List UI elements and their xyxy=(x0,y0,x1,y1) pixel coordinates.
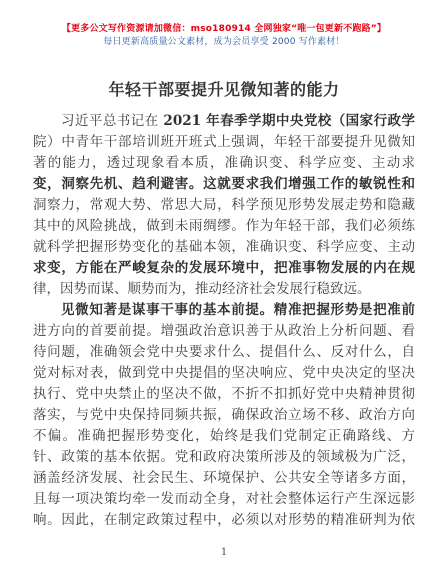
text-line: 待问题，准确领会党中央要求什么、提倡什么、反对什么，自 xyxy=(33,342,415,363)
text-line: 习近平总书记在 2021 年春季学期中央党校（国家行政学 xyxy=(33,111,415,132)
text-line: 涵盖经济发展、社会民生、环境保护、公共安全等诸多方面， xyxy=(33,468,415,489)
text-run: 执行、党中央禁止的坚决不做，不折不扣抓好党中央精神贯彻 xyxy=(33,386,415,402)
text-line: 不偏。准确把握形势变化，始终是我们党制定正确路线、方 xyxy=(33,426,415,447)
text-run: 洞察力，常观大势、常思大局，科学预见形势发展走势和隐藏 xyxy=(33,197,415,213)
promo-line-2: 每日更新高质量公文素材，成为会员享受 2000 写作素材！ xyxy=(0,36,448,49)
text-run: 落实，与党中央保持同频共振，确保政治立场不移、政治方向 xyxy=(33,407,415,423)
text-run: 进方向的首要前提。增强政治意识善于从政治上分析问题、看 xyxy=(33,323,415,339)
text-line: 院）中青年干部培训班开班式上强调，年轻干部要提升见微知 xyxy=(33,132,415,153)
text-run: 变，洞察先机、趋利避害。这就要求我们增强工作的敏锐性和 xyxy=(33,176,415,192)
text-run: 涵盖经济发展、社会民生、环境保护、公共安全等诸多方面， xyxy=(33,470,415,486)
text-run: 习近平总书记在 xyxy=(61,113,163,129)
text-run: 见微知著是谋事干事的基本前提。精准把握形势是把准前 xyxy=(61,302,415,318)
text-line: 落实，与党中央保持同频共振，确保政治立场不移、政治方向 xyxy=(33,405,415,426)
text-line: 针、政策的基本依据。党和政府决策所涉及的领域极为广泛， xyxy=(33,447,415,468)
text-line: 见微知著是谋事干事的基本前提。精准把握形势是把准前 xyxy=(33,300,415,321)
text-line: 就科学把握形势变化的基础本领，准确识变、科学应变、主动 xyxy=(33,237,415,258)
text-line: 其中的风险挑战，做到未雨绸缪。作为年轻干部，我们必须练 xyxy=(33,216,415,237)
text-line: 著的能力，透过现象看本质，准确识变、科学应变、主动求 xyxy=(33,153,415,174)
text-line: 律，因势而谋、顺势而为，推动经济社会发展行稳致远。 xyxy=(33,279,415,300)
document-body: 习近平总书记在 2021 年春季学期中央党校（国家行政学院）中青年干部培训班开班… xyxy=(33,111,415,531)
text-run: 且每一项决策均牵一发而动全身，对社会整体运行产生深远影 xyxy=(33,491,415,507)
text-run: 求变，方能在严峻复杂的发展环境中，把准事物发展的内在规 xyxy=(33,260,415,276)
text-run: 律，因势而谋、顺势而为，推动经济社会发展行稳致远。 xyxy=(33,281,371,297)
text-line: 且每一项决策均牵一发而动全身，对社会整体运行产生深远影 xyxy=(33,489,415,510)
text-run: 就科学把握形势变化的基础本领，准确识变、科学应变、主动 xyxy=(33,239,415,255)
text-run: 不偏。准确把握形势变化，始终是我们党制定正确路线、方 xyxy=(33,428,415,444)
text-run: 其中的风险挑战，做到未雨绸缪。作为年轻干部，我们必须练 xyxy=(33,218,415,234)
text-line: 变，洞察先机、趋利避害。这就要求我们增强工作的敏锐性和 xyxy=(33,174,415,195)
text-line: 响。因此，在制定政策过程中，必须以对形势的精准研判为依 xyxy=(33,510,415,531)
text-run: 响。因此，在制定政策过程中，必须以对形势的精准研判为依 xyxy=(33,512,415,528)
text-line: 执行、党中央禁止的坚决不做，不折不扣抓好党中央精神贯彻 xyxy=(33,384,415,405)
page-title: 年轻干部要提升见微知著的能力 xyxy=(0,80,448,100)
page-number: 1 xyxy=(0,547,448,558)
promo-header: 【更多公文写作资源请加微信：mso180914 全网独家“唯一包更新不跑路”】 … xyxy=(0,0,448,49)
text-line: 洞察力，常观大势、常思大局，科学预见形势发展走势和隐藏 xyxy=(33,195,415,216)
promo-line-1: 【更多公文写作资源请加微信：mso180914 全网独家“唯一包更新不跑路”】 xyxy=(0,23,448,36)
text-line: 求变，方能在严峻复杂的发展环境中，把准事物发展的内在规 xyxy=(33,258,415,279)
text-run: 著的能力，透过现象看本质，准确识变、科学应变、主动求 xyxy=(33,155,415,171)
text-run: 待问题，准确领会党中央要求什么、提倡什么、反对什么，自 xyxy=(33,344,415,360)
text-run: 觉对标对表，做到党中央提倡的坚决响应、党中央决定的坚决 xyxy=(33,365,415,381)
document-page: 【更多公文写作资源请加微信：mso180914 全网独家“唯一包更新不跑路”】 … xyxy=(0,0,448,580)
text-line: 进方向的首要前提。增强政治意识善于从政治上分析问题、看 xyxy=(33,321,415,342)
text-line: 觉对标对表，做到党中央提倡的坚决响应、党中央决定的坚决 xyxy=(33,363,415,384)
text-run: 院）中青年干部培训班开班式上强调，年轻干部要提升见微知 xyxy=(33,134,415,150)
text-run: 2021 年春季学期中央党校（国家行政学 xyxy=(163,113,415,129)
text-run: 针、政策的基本依据。党和政府决策所涉及的领域极为广泛， xyxy=(33,449,415,465)
